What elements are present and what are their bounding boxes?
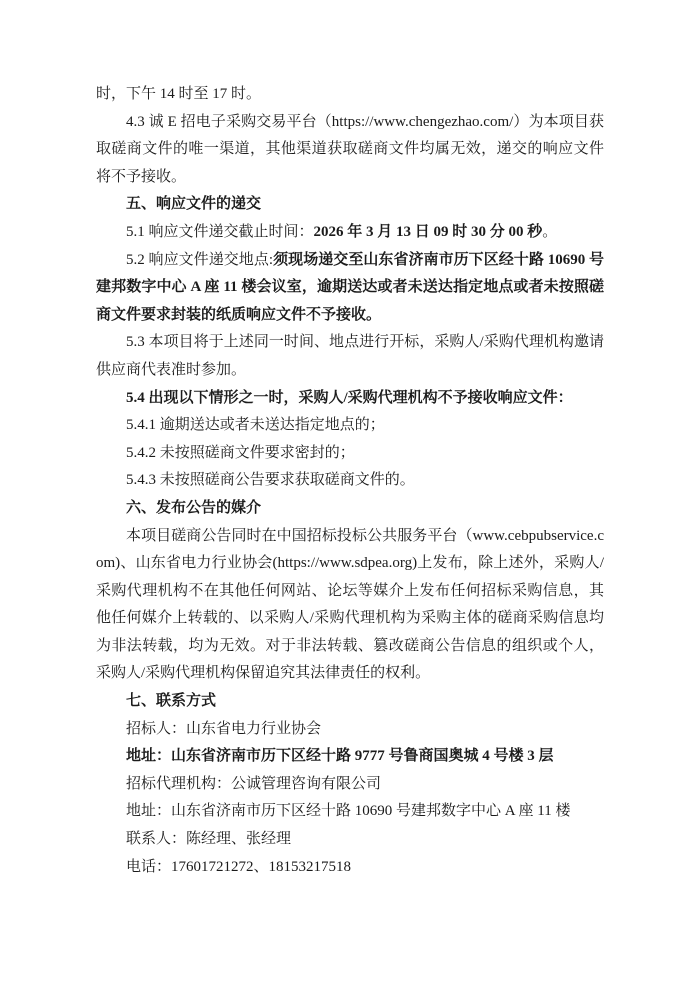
bold-text-run: 5.4 出现以下情形之一时，采购人/采购代理机构不予接收响应文件： bbox=[126, 390, 573, 406]
bold-text-run: 地址：山东省济南市历下区经十路 9777 号鲁商国奥城 4 号楼 3 层 bbox=[126, 748, 554, 764]
contact-agency-address: 地址：山东省济南市历下区经十路 10690 号建邦数字中心 A 座 11 楼 bbox=[96, 798, 604, 826]
para-5-4-3: 5.4.3 未按照磋商公告要求获取磋商文件的。 bbox=[96, 467, 604, 495]
para-5-4-rejection-cases: 5.4 出现以下情形之一时，采购人/采购代理机构不予接收响应文件： bbox=[96, 385, 604, 413]
para-5-1-deadline: 5.1 响应文件递交截止时间：2026 年 3 月 13 日 09 时 30 分… bbox=[96, 219, 604, 247]
text-run: 时，下午 14 时至 17 时。 bbox=[96, 86, 261, 102]
bold-text-run: 2026 年 3 月 13 日 09 时 30 分 00 秒 bbox=[314, 224, 543, 240]
para-5-4-2: 5.4.2 未按照磋商文件要求密封的； bbox=[96, 440, 604, 468]
text-run: 5.3 本项目将于上述同一时间、地点进行开标，采购人/采购代理机构邀请供应商代表… bbox=[96, 334, 604, 378]
para-5-4-1: 5.4.1 逾期送达或者未送达指定地点的； bbox=[96, 412, 604, 440]
contact-person: 联系人：陈经理、张经理 bbox=[96, 826, 604, 854]
text-run: 4.3 诚 E 招电子采购交易平台（https://www.chengezhao… bbox=[96, 114, 604, 185]
text-run: 招标代理机构：公诚管理咨询有限公司 bbox=[126, 776, 381, 792]
text-run: 联系人：陈经理、张经理 bbox=[126, 831, 291, 847]
text-run: 。 bbox=[542, 224, 557, 240]
text-run: 5.1 响应文件递交截止时间： bbox=[126, 224, 314, 240]
bold-text-run: 五、响应文件的递交 bbox=[126, 196, 261, 212]
document-text-block: 时，下午 14 时至 17 时。4.3 诚 E 招电子采购交易平台（https:… bbox=[96, 81, 604, 881]
contact-tenderer-address: 地址：山东省济南市历下区经十路 9777 号鲁商国奥城 4 号楼 3 层 bbox=[96, 743, 604, 771]
contact-tenderer: 招标人：山东省电力行业协会 bbox=[96, 716, 604, 744]
text-run: 本项目磋商公告同时在中国招标投标公共服务平台（www.cebpubservice… bbox=[96, 528, 604, 682]
para-5-2-location: 5.2 响应文件递交地点:须现场递交至山东省济南市历下区经十路 10690 号建… bbox=[96, 247, 604, 330]
para-announcement-media: 本项目磋商公告同时在中国招标投标公共服务平台（www.cebpubservice… bbox=[96, 523, 604, 689]
contact-agency: 招标代理机构：公诚管理咨询有限公司 bbox=[96, 771, 604, 799]
heading-section-five: 五、响应文件的递交 bbox=[96, 191, 604, 219]
bold-text-run: 七、联系方式 bbox=[126, 693, 216, 709]
para-office-hours-continuation: 时，下午 14 时至 17 时。 bbox=[96, 81, 604, 109]
contact-phone: 电话：17601721272、18153217518 bbox=[96, 854, 604, 882]
text-run: 5.2 响应文件递交地点: bbox=[126, 252, 273, 268]
text-run: 招标人：山东省电力行业协会 bbox=[126, 721, 321, 737]
text-run: 地址：山东省济南市历下区经十路 10690 号建邦数字中心 A 座 11 楼 bbox=[126, 803, 570, 819]
bold-text-run: 六、发布公告的媒介 bbox=[126, 500, 261, 516]
document-page: 时，下午 14 时至 17 时。4.3 诚 E 招电子采购交易平台（https:… bbox=[0, 0, 700, 990]
para-4-3-platform: 4.3 诚 E 招电子采购交易平台（https://www.chengezhao… bbox=[96, 109, 604, 192]
heading-section-six: 六、发布公告的媒介 bbox=[96, 495, 604, 523]
text-run: 电话：17601721272、18153217518 bbox=[126, 859, 351, 875]
para-5-3-opening: 5.3 本项目将于上述同一时间、地点进行开标，采购人/采购代理机构邀请供应商代表… bbox=[96, 329, 604, 384]
heading-section-seven: 七、联系方式 bbox=[96, 688, 604, 716]
text-run: 5.4.1 逾期送达或者未送达指定地点的； bbox=[126, 417, 385, 433]
text-run: 5.4.2 未按照磋商文件要求密封的； bbox=[126, 445, 355, 461]
text-run: 5.4.3 未按照磋商公告要求获取磋商文件的。 bbox=[126, 472, 415, 488]
